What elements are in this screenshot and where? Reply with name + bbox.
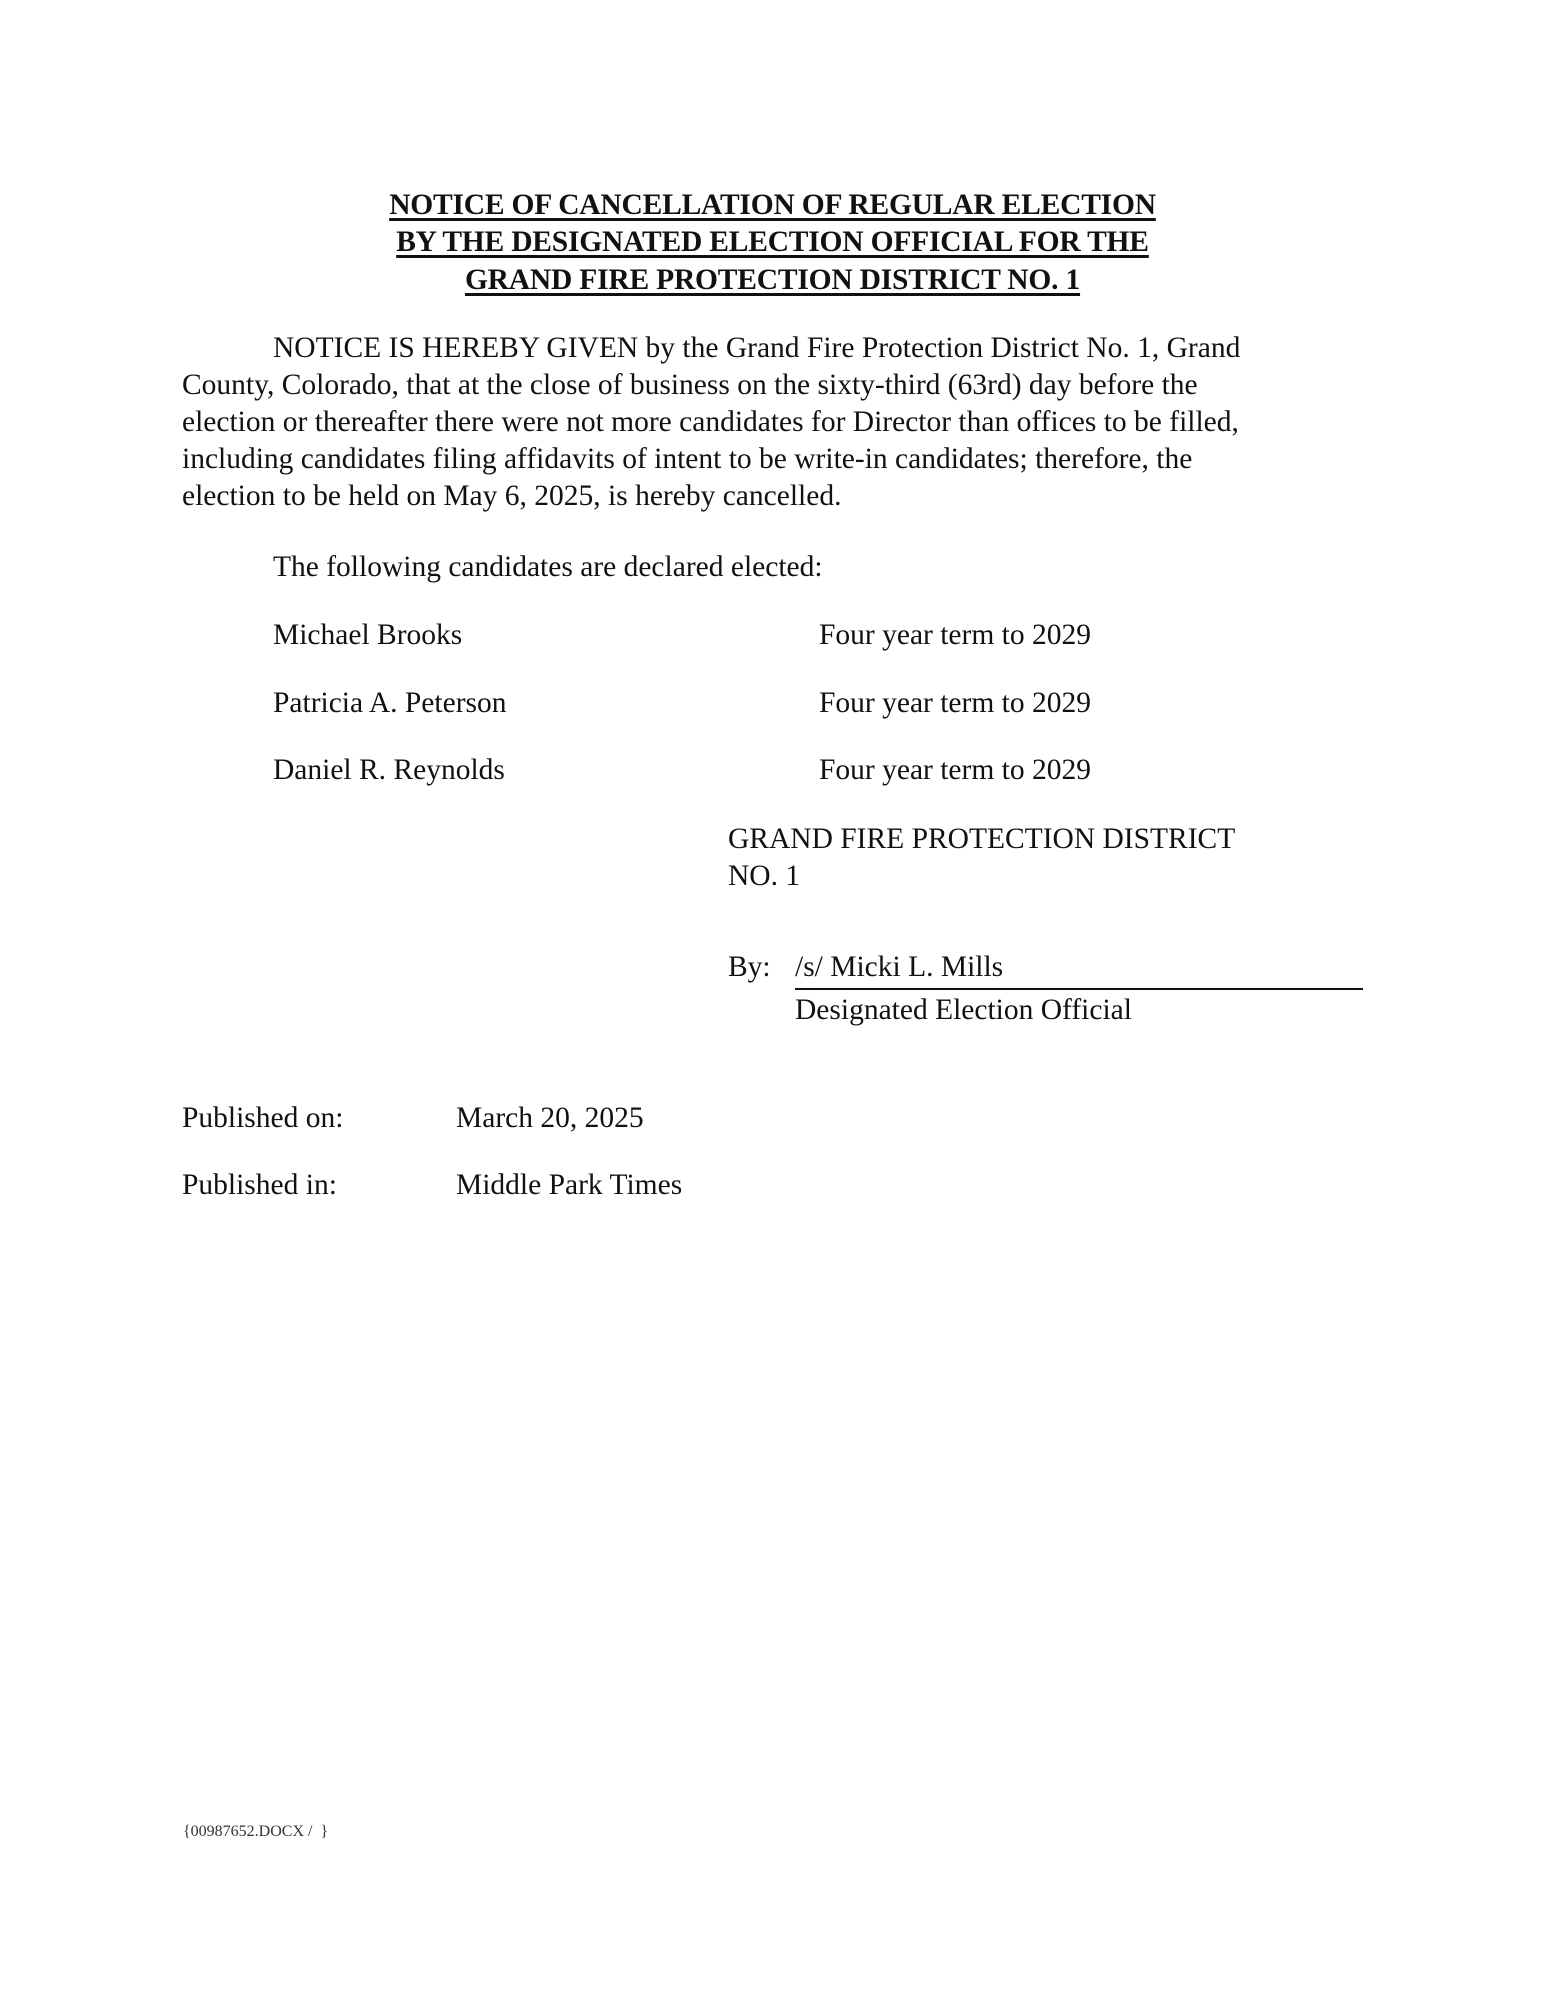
elected-intro: The following candidates are declared el… — [273, 553, 823, 583]
candidate-name: Michael Brooks — [273, 621, 462, 651]
by-label: By: — [728, 953, 771, 983]
published-in-label: Published in: — [182, 1171, 337, 1201]
title-line-3: GRAND FIRE PROTECTION DISTRICT NO. 1 — [0, 266, 1545, 296]
notice-line: including candidates filing affidavits o… — [182, 445, 1192, 475]
signature-line — [795, 988, 1363, 990]
published-in-value: Middle Park Times — [456, 1171, 682, 1201]
title-line-1: NOTICE OF CANCELLATION OF REGULAR ELECTI… — [0, 191, 1545, 221]
candidate-term: Four year term to 2029 — [819, 621, 1091, 651]
candidate-name: Patricia A. Peterson — [273, 689, 507, 719]
org-name-line-2: NO. 1 — [728, 862, 800, 892]
notice-line: election or thereafter there were not mo… — [182, 408, 1239, 438]
published-on-label: Published on: — [182, 1104, 343, 1134]
document-id-footer: {00987652.DOCX / } — [183, 1824, 328, 1840]
org-name-line-1: GRAND FIRE PROTECTION DISTRICT — [728, 825, 1235, 855]
published-on-value: March 20, 2025 — [456, 1104, 644, 1134]
notice-line: election to be held on May 6, 2025, is h… — [182, 482, 841, 512]
signer-title: Designated Election Official — [795, 996, 1132, 1026]
notice-line: NOTICE IS HEREBY GIVEN by the Grand Fire… — [273, 334, 1240, 364]
candidate-term: Four year term to 2029 — [819, 689, 1091, 719]
candidate-name: Daniel R. Reynolds — [273, 756, 505, 786]
signer-name: /s/ Micki L. Mills — [795, 953, 1003, 983]
title-line-2: BY THE DESIGNATED ELECTION OFFICIAL FOR … — [0, 228, 1545, 258]
candidate-term: Four year term to 2029 — [819, 756, 1091, 786]
notice-line: County, Colorado, that at the close of b… — [182, 371, 1198, 401]
